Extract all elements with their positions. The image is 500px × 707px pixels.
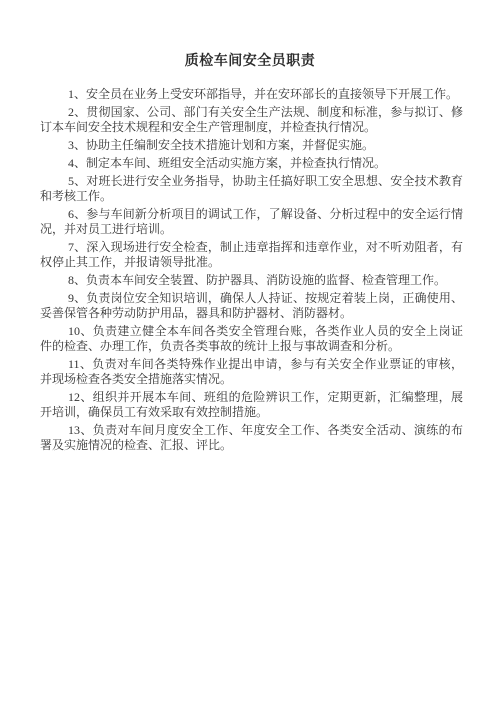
duty-item-5: 5、对班长进行安全业务指导，协助主任搞好职工安全思想、安全技术教育和考核工作。 [40,174,463,204]
duty-item-7: 7、深入现场进行安全检查，制止违章指挥和违章作业，对不听劝阻者，有权停止其工作，… [40,240,463,270]
duty-item-3: 3、协助主任编制安全技术措施计划和方案，并督促实施。 [40,138,463,153]
duty-item-12: 12、组织并开展本车间、班组的危险辨识工作，定期更新，汇编整理，展开培训，确保员… [40,390,463,420]
document-body: 1、安全员在业务上受安环部指导，并在安环部长的直接领导下开展工作。 2、贯彻国家… [40,87,463,453]
document-page: 质检车间安全员职责 1、安全员在业务上受安环部指导，并在安环部长的直接领导下开展… [0,0,500,707]
duty-item-13: 13、负责对车间月度安全工作、年度安全工作、各类安全活动、演练的布署及实施情况的… [40,423,463,453]
duty-item-9: 9、负责岗位安全知识培训，确保人人持证、按规定着装上岗，正确使用、妥善保管各种劳… [40,291,463,321]
document-title: 质检车间安全员职责 [0,52,500,72]
duty-item-8: 8、负责本车间安全装置、防护器具、消防设施的监督、检查管理工作。 [40,273,463,288]
duty-item-4: 4、制定本车间、班组安全活动实施方案，并检查执行情况。 [40,156,463,171]
duty-item-1: 1、安全员在业务上受安环部指导，并在安环部长的直接领导下开展工作。 [40,87,463,102]
duty-item-6: 6、参与车间新分析项目的调试工作，了解设备、分析过程中的安全运行情况，并对员工进… [40,207,463,237]
duty-item-2: 2、贯彻国家、公司、部门有关安全生产法规、制度和标准，参与拟订、修订本车间安全技… [40,105,463,135]
duty-item-10: 10、负责建立健全本车间各类安全管理台账，各类作业人员的安全上岗证件的检查、办理… [40,324,463,354]
duty-item-11: 11、负责对车间各类特殊作业提出申请，参与有关安全作业票证的审核，并现场检查各类… [40,357,463,387]
